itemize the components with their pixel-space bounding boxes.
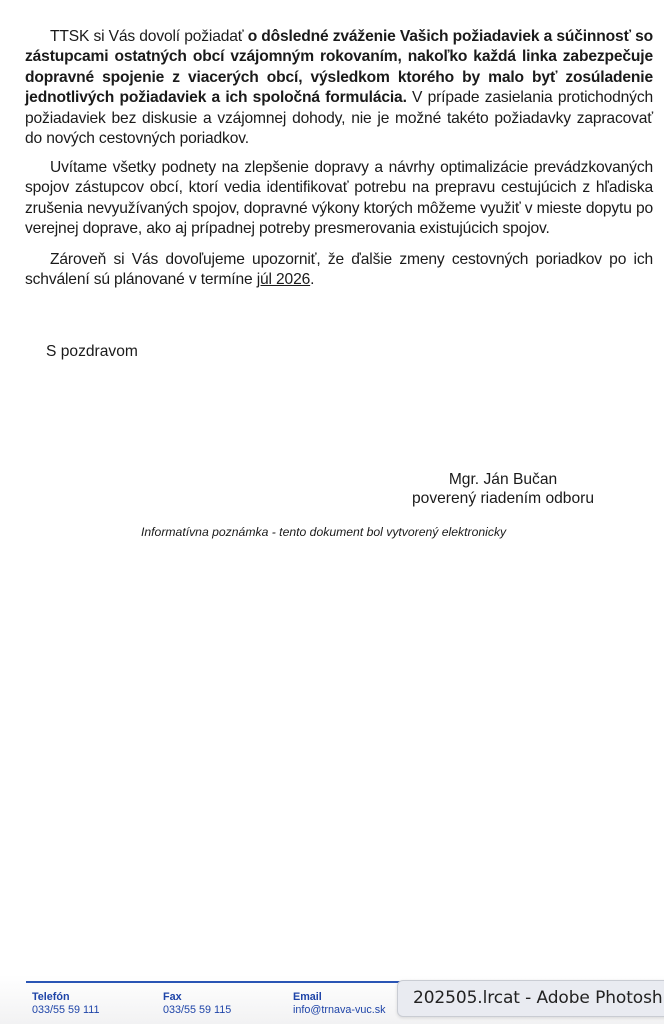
paragraph-schedule-lead: Zároveň si Vás dovoľujeme upozorniť, že … <box>25 251 653 288</box>
footer-email-value[interactable]: info@trnava-vuc.sk <box>293 1004 386 1017</box>
footer-phone-value: 033/55 59 111 <box>32 1004 99 1017</box>
footer-fax-value: 033/55 59 115 <box>163 1004 231 1017</box>
schedule-date: júl 2026 <box>257 271 310 288</box>
footer-phone-label: Telefón <box>32 991 99 1004</box>
electronic-document-note: Informatívna poznámka - tento dokument b… <box>141 525 506 539</box>
signature-name: Mgr. Ján Bučan <box>403 470 603 489</box>
signature-block: Mgr. Ján Bučan poverený riadením odboru <box>403 470 603 508</box>
signature-title: poverený riadením odboru <box>403 489 603 508</box>
paragraph-request: TTSK si Vás dovolí požiadať o dôsledné z… <box>25 27 653 149</box>
window-tooltip-text: 202505.lrcat - Adobe Photosh <box>413 988 663 1008</box>
window-tooltip: 202505.lrcat - Adobe Photosh <box>397 980 664 1017</box>
footer-fax-label: Fax <box>163 991 231 1004</box>
footer-fax: Fax 033/55 59 115 <box>163 991 231 1017</box>
footer-phone: Telefón 033/55 59 111 <box>32 991 99 1017</box>
greeting: S pozdravom <box>46 343 138 361</box>
paragraph-schedule-tail: . <box>310 271 314 288</box>
paragraph-schedule: Zároveň si Vás dovoľujeme upozorniť, že … <box>25 250 653 291</box>
paragraph-suggestions: Uvítame všetky podnety na zlepšenie dopr… <box>25 158 653 240</box>
document-page: TTSK si Vás dovolí požiadať o dôsledné z… <box>0 0 664 1024</box>
paragraph-request-lead: TTSK si Vás dovolí požiadať <box>50 28 248 45</box>
footer-email: Email info@trnava-vuc.sk <box>293 991 386 1017</box>
footer-email-label: Email <box>293 991 386 1004</box>
